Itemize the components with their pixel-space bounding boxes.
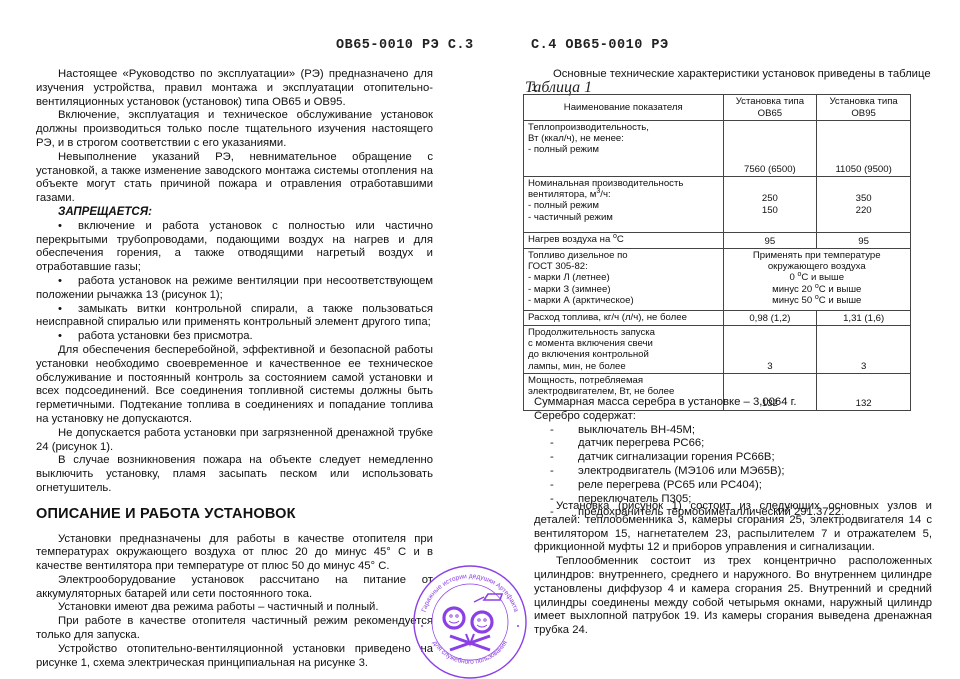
dash-icon: - bbox=[550, 451, 554, 465]
section-paragraph: Устройство отопительно-вентиляционной ус… bbox=[36, 643, 433, 671]
dash-icon: - bbox=[550, 465, 554, 479]
forbidden-item: •работа установки без присмотра. bbox=[36, 330, 433, 344]
right-page-header: С.4 ОВ65-0010 РЭ bbox=[531, 38, 669, 53]
body-paragraph: Установка (рисунок 1) состоит из следующ… bbox=[534, 500, 932, 555]
table-row: Продолжительность запускас момента включ… bbox=[524, 326, 911, 374]
safety-paragraph: Для обеспечения бесперебойной, эффективн… bbox=[36, 344, 433, 427]
table-row: Номинальная производительностьвентилятор… bbox=[524, 177, 911, 233]
silver-item: -реле перегрева (РС65 или РС404); bbox=[534, 479, 934, 493]
safety-paragraph: Не допускается работа установки при загр… bbox=[36, 427, 433, 455]
ov65-value-cell: 7560 (6500) bbox=[723, 121, 817, 177]
ov65-value-cell: 250150 bbox=[723, 177, 817, 233]
left-page-header: ОВ65-0010 РЭ С.3 bbox=[336, 38, 474, 53]
merged-value-cell: Применять при температуреокружающего воз… bbox=[723, 249, 910, 311]
section-paragraph: Установки имеют два режима работы – част… bbox=[36, 601, 433, 615]
safety-paragraph: В случае возникновения пожара на объекте… bbox=[36, 454, 433, 495]
bullet-icon: • bbox=[58, 220, 78, 234]
spec-table: Наименование показателя Установка типа О… bbox=[523, 94, 911, 411]
forbidden-item: •замыкать витки контрольной спирали, а т… bbox=[36, 303, 433, 331]
ov95-value-cell: 1,31 (1,6) bbox=[817, 311, 911, 326]
table-row: Теплопроизводительность,Вт (ккал/ч), не … bbox=[524, 121, 911, 177]
left-page-body: Настоящее «Руководство по эксплуатации» … bbox=[36, 68, 433, 670]
parameter-name-cell: Топливо дизельное поГОСТ 305-82:- марки … bbox=[524, 249, 724, 311]
silver-contains: Серебро содержат: bbox=[534, 410, 934, 424]
ov95-value-cell: 350220 bbox=[817, 177, 911, 233]
column-header: Установка типа ОВ95 bbox=[817, 95, 911, 121]
bullet-icon: • bbox=[58, 303, 78, 317]
silver-item: -выключатель ВН-45М; bbox=[534, 424, 934, 438]
silver-item: -датчик перегрева РС66; bbox=[534, 437, 934, 451]
intro-paragraph: Настоящее «Руководство по эксплуатации» … bbox=[36, 68, 433, 109]
bullet-icon: • bbox=[58, 275, 78, 289]
ov65-value-cell: 95 bbox=[723, 233, 817, 249]
parameter-name-cell: Продолжительность запускас момента включ… bbox=[524, 326, 724, 374]
intro-paragraph: Включение, эксплуатация и техническое об… bbox=[36, 109, 433, 150]
ov95-value-cell: 95 bbox=[817, 233, 911, 249]
section-paragraph: Электрооборудование установок рассчитано… bbox=[36, 574, 433, 602]
parameter-name-cell: Теплопроизводительность,Вт (ккал/ч), не … bbox=[524, 121, 724, 177]
ov65-value-cell: 0,98 (1,2) bbox=[723, 311, 817, 326]
parameter-name-cell: Номинальная производительностьвентилятор… bbox=[524, 177, 724, 233]
forbidden-item: •включение и работа установок с полность… bbox=[36, 220, 433, 275]
parameter-name-cell: Нагрев воздуха на oС bbox=[524, 233, 724, 249]
column-header: Установка типа ОВ65 bbox=[723, 95, 817, 121]
column-header: Наименование показателя bbox=[524, 95, 724, 121]
section-paragraph: При работе в качестве отопителя частичны… bbox=[36, 615, 433, 643]
body-paragraph: Теплообменник состоит из трех концентрич… bbox=[534, 555, 932, 638]
right-page-body: Установка (рисунок 1) состоит из следующ… bbox=[534, 500, 932, 638]
stamp-icon: Гаражные истории дедушки Артефакта для с… bbox=[410, 564, 530, 679]
dash-icon: - bbox=[550, 424, 554, 438]
silver-item: -электродвигатель (МЭ106 или МЭ65В); bbox=[534, 465, 934, 479]
ov65-value-cell: 3 bbox=[723, 326, 817, 374]
forbidden-heading: ЗАПРЕЩАЕТСЯ: bbox=[36, 206, 433, 220]
dash-icon: - bbox=[550, 437, 554, 451]
parameter-name-cell: Расход топлива, кг/ч (л/ч), не более bbox=[524, 311, 724, 326]
table-row: Топливо дизельное поГОСТ 305-82:- марки … bbox=[524, 249, 911, 311]
bullet-icon: • bbox=[58, 330, 78, 344]
dash-icon: - bbox=[550, 479, 554, 493]
section-title: ОПИСАНИЕ И РАБОТА УСТАНОВОК bbox=[36, 508, 433, 522]
forbidden-item: •работа установок на режиме вентиляции п… bbox=[36, 275, 433, 303]
ov95-value-cell: 3 bbox=[817, 326, 911, 374]
table-row: Расход топлива, кг/ч (л/ч), не более0,98… bbox=[524, 311, 911, 326]
table-row: Нагрев воздуха на oС9595 bbox=[524, 233, 911, 249]
section-paragraph: Установки предназначены для работы в кач… bbox=[36, 533, 433, 574]
ov95-value-cell: 11050 (9500) bbox=[817, 121, 911, 177]
intro-paragraph: Невыполнение указаний РЭ, невнимательное… bbox=[36, 151, 433, 206]
silver-total: Суммарная масса серебра в установке – 3,… bbox=[534, 396, 934, 410]
silver-item: -датчик сигнализации горения РС66В; bbox=[534, 451, 934, 465]
